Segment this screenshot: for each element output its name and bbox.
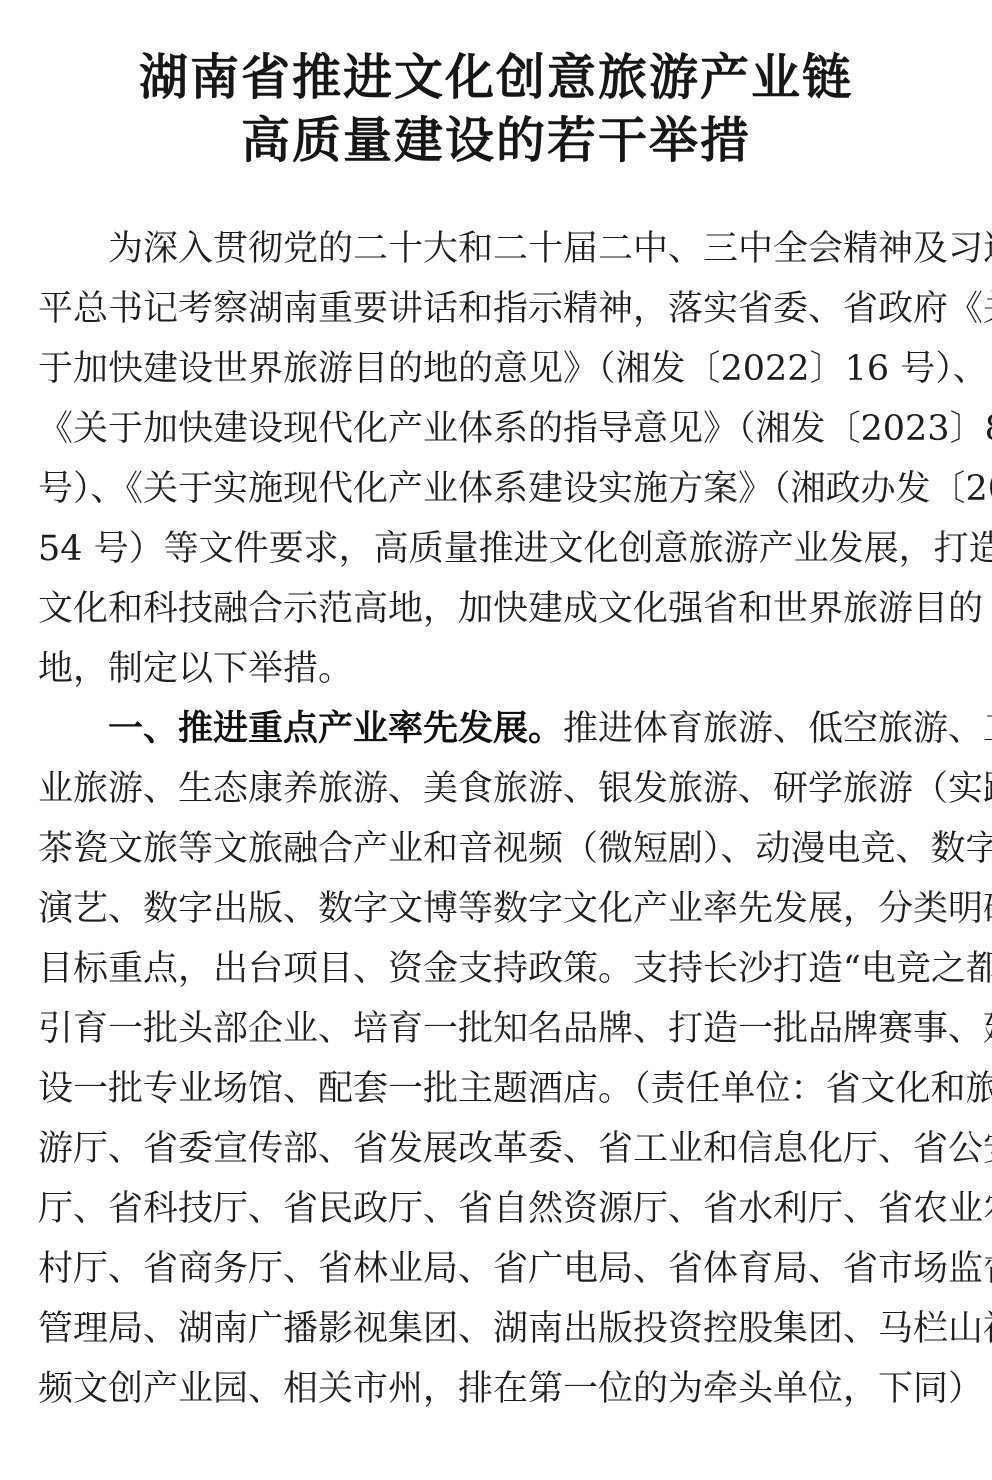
text-segment: 管理局、湖南广播影视集团、湖南出版投资控股集团、马栏山视 — [38, 1309, 992, 1349]
text-segment: 村厅、省商务厅、省林业局、省广电局、省体育局、省市场监督 — [38, 1249, 992, 1289]
text-segment: 号）、《关于实施现代化产业体系建设实施方案》（湘政办发〔2023〕 — [38, 469, 992, 509]
document-title: 湖南省推进文化创意旅游产业链 高质量建设的若干举措 — [40, 46, 952, 172]
text-line: 54 号）等文件要求，高质量推进文化创意旅游产业发展，打造 — [38, 519, 952, 579]
text-line: 厅、省科技厅、省民政厅、省自然资源厅、省水利厅、省农业农 — [38, 1179, 952, 1239]
text-line: 号）、《关于实施现代化产业体系建设实施方案》（湘政办发〔2023〕 — [38, 459, 952, 519]
text-segment: 文化和科技融合示范高地，加快建成文化强省和世界旅游目的 — [38, 589, 983, 629]
title-line-1: 湖南省推进文化创意旅游产业链 — [40, 46, 952, 109]
text-segment: 演艺、数字出版、数字文博等数字文化产业率先发展，分类明确 — [38, 889, 992, 929]
title-line-2: 高质量建设的若干举措 — [40, 109, 952, 172]
text-line: 文化和科技融合示范高地，加快建成文化强省和世界旅游目的 — [38, 579, 952, 639]
text-segment: 地，制定以下举措。 — [38, 649, 353, 689]
text-line: 平总书记考察湖南重要讲话和指示精神，落实省委、省政府《关 — [38, 279, 952, 339]
text-segment: 引育一批头部企业、培育一批知名品牌、打造一批品牌赛事、建 — [38, 1009, 992, 1049]
text-segment: 频文创产业园、相关市州，排在第一位的为牵头单位，下同） — [38, 1369, 983, 1409]
text-line: 管理局、湖南广播影视集团、湖南出版投资控股集团、马栏山视 — [38, 1299, 952, 1359]
text-segment: 设一批专业场馆、配套一批主题酒店。（责任单位：省文化和旅 — [38, 1069, 992, 1109]
text-line: 目标重点，出台项目、资金支持政策。支持长沙打造“电竞之都”， — [38, 939, 952, 999]
text-line: 业旅游、生态康养旅游、美食旅游、银发旅游、研学旅游（实践）、 — [38, 759, 952, 819]
text-segment: 目标重点，出台项目、资金支持政策。支持长沙打造“电竞之都”， — [38, 949, 992, 989]
text-line: 茶瓷文旅等文旅融合产业和音视频（微短剧）、动漫电竞、数字 — [38, 819, 952, 879]
text-line: 《关于加快建设现代化产业体系的指导意见》（湘发〔2023〕8 — [38, 399, 952, 459]
text-segment: 《关于加快建设现代化产业体系的指导意见》（湘发〔2023〕8 — [38, 409, 992, 449]
text-segment: 推进体育旅游、低空旅游、工 — [563, 709, 992, 749]
text-line: 引育一批头部企业、培育一批知名品牌、打造一批品牌赛事、建 — [38, 999, 952, 1059]
text-segment: 业旅游、生态康养旅游、美食旅游、银发旅游、研学旅游（实践）、 — [38, 769, 992, 809]
text-line: 一、推进重点产业率先发展。推进体育旅游、低空旅游、工 — [38, 699, 952, 759]
text-segment: 于加快建设世界旅游目的地的意见》（湘发〔2022〕16 号）、 — [38, 349, 988, 389]
text-line: 地，制定以下举措。 — [38, 639, 952, 699]
text-line: 村厅、省商务厅、省林业局、省广电局、省体育局、省市场监督 — [38, 1239, 952, 1299]
text-line: 频文创产业园、相关市州，排在第一位的为牵头单位，下同） — [38, 1359, 952, 1419]
text-segment: 为深入贯彻党的二十大和二十届二中、三中全会精神及习近 — [108, 229, 992, 269]
text-segment: 54 号）等文件要求，高质量推进文化创意旅游产业发展，打造 — [38, 529, 992, 569]
text-line: 游厅、省委宣传部、省发展改革委、省工业和信息化厅、省公安 — [38, 1119, 952, 1179]
text-segment: 平总书记考察湖南重要讲话和指示精神，落实省委、省政府《关 — [38, 289, 992, 329]
text-segment: 厅、省科技厅、省民政厅、省自然资源厅、省水利厅、省农业农 — [38, 1189, 992, 1229]
text-segment: 茶瓷文旅等文旅融合产业和音视频（微短剧）、动漫电竞、数字 — [38, 829, 992, 869]
text-segment: 游厅、省委宣传部、省发展改革委、省工业和信息化厅、省公安 — [38, 1129, 992, 1169]
section-heading: 一、推进重点产业率先发展。 — [108, 709, 563, 749]
text-line: 演艺、数字出版、数字文博等数字文化产业率先发展，分类明确 — [38, 879, 952, 939]
text-line: 为深入贯彻党的二十大和二十届二中、三中全会精神及习近 — [38, 219, 952, 279]
text-line: 设一批专业场馆、配套一批主题酒店。（责任单位：省文化和旅 — [38, 1059, 952, 1119]
document-page: 湖南省推进文化创意旅游产业链 高质量建设的若干举措 为深入贯彻党的二十大和二十届… — [0, 0, 992, 1480]
text-line: 于加快建设世界旅游目的地的意见》（湘发〔2022〕16 号）、 — [38, 339, 952, 399]
document-body: 为深入贯彻党的二十大和二十届二中、三中全会精神及习近平总书记考察湖南重要讲话和指… — [38, 219, 952, 1419]
